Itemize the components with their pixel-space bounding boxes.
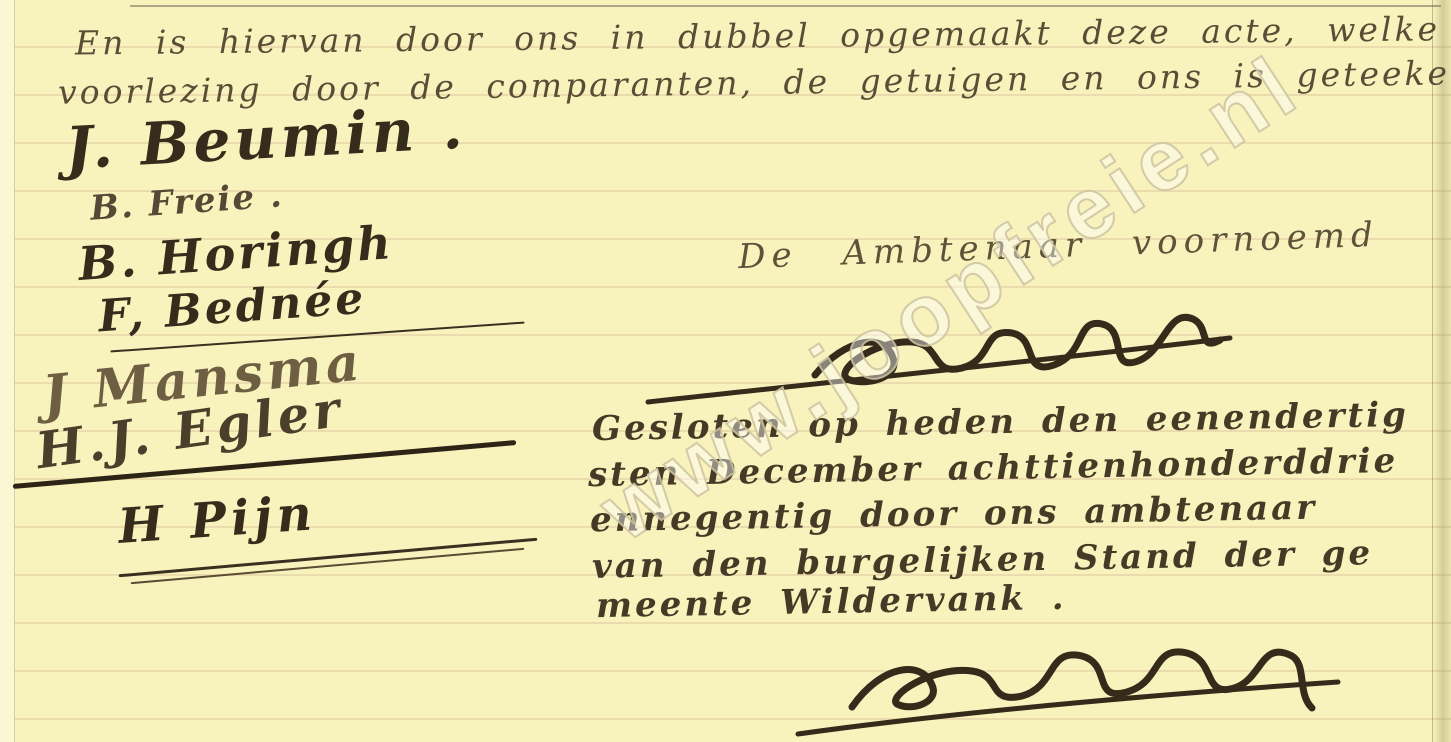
page-right-gutter xyxy=(1432,0,1451,742)
page-left-edge xyxy=(0,0,15,742)
closing-note-line-3: ennegentig door ons ambtenaar xyxy=(590,488,1318,541)
signature-pijn-underline-2 xyxy=(131,548,525,584)
signature-freie: B. Freie . xyxy=(89,175,285,228)
official-signature-scrawl-bottom xyxy=(790,612,1360,742)
top-rule-line xyxy=(130,5,1441,7)
document-scan: En is hiervan door ons in dubbel opgemaa… xyxy=(0,0,1451,742)
official-title: De Ambtenaar voornoemd xyxy=(737,215,1379,277)
closing-note-line-2: sten December achttienhonderddrie xyxy=(588,441,1399,495)
closing-statement-line-1: En is hiervan door ons in dubbel opgemaa… xyxy=(75,8,1451,62)
signature-pijn: H Pijn xyxy=(116,485,318,555)
